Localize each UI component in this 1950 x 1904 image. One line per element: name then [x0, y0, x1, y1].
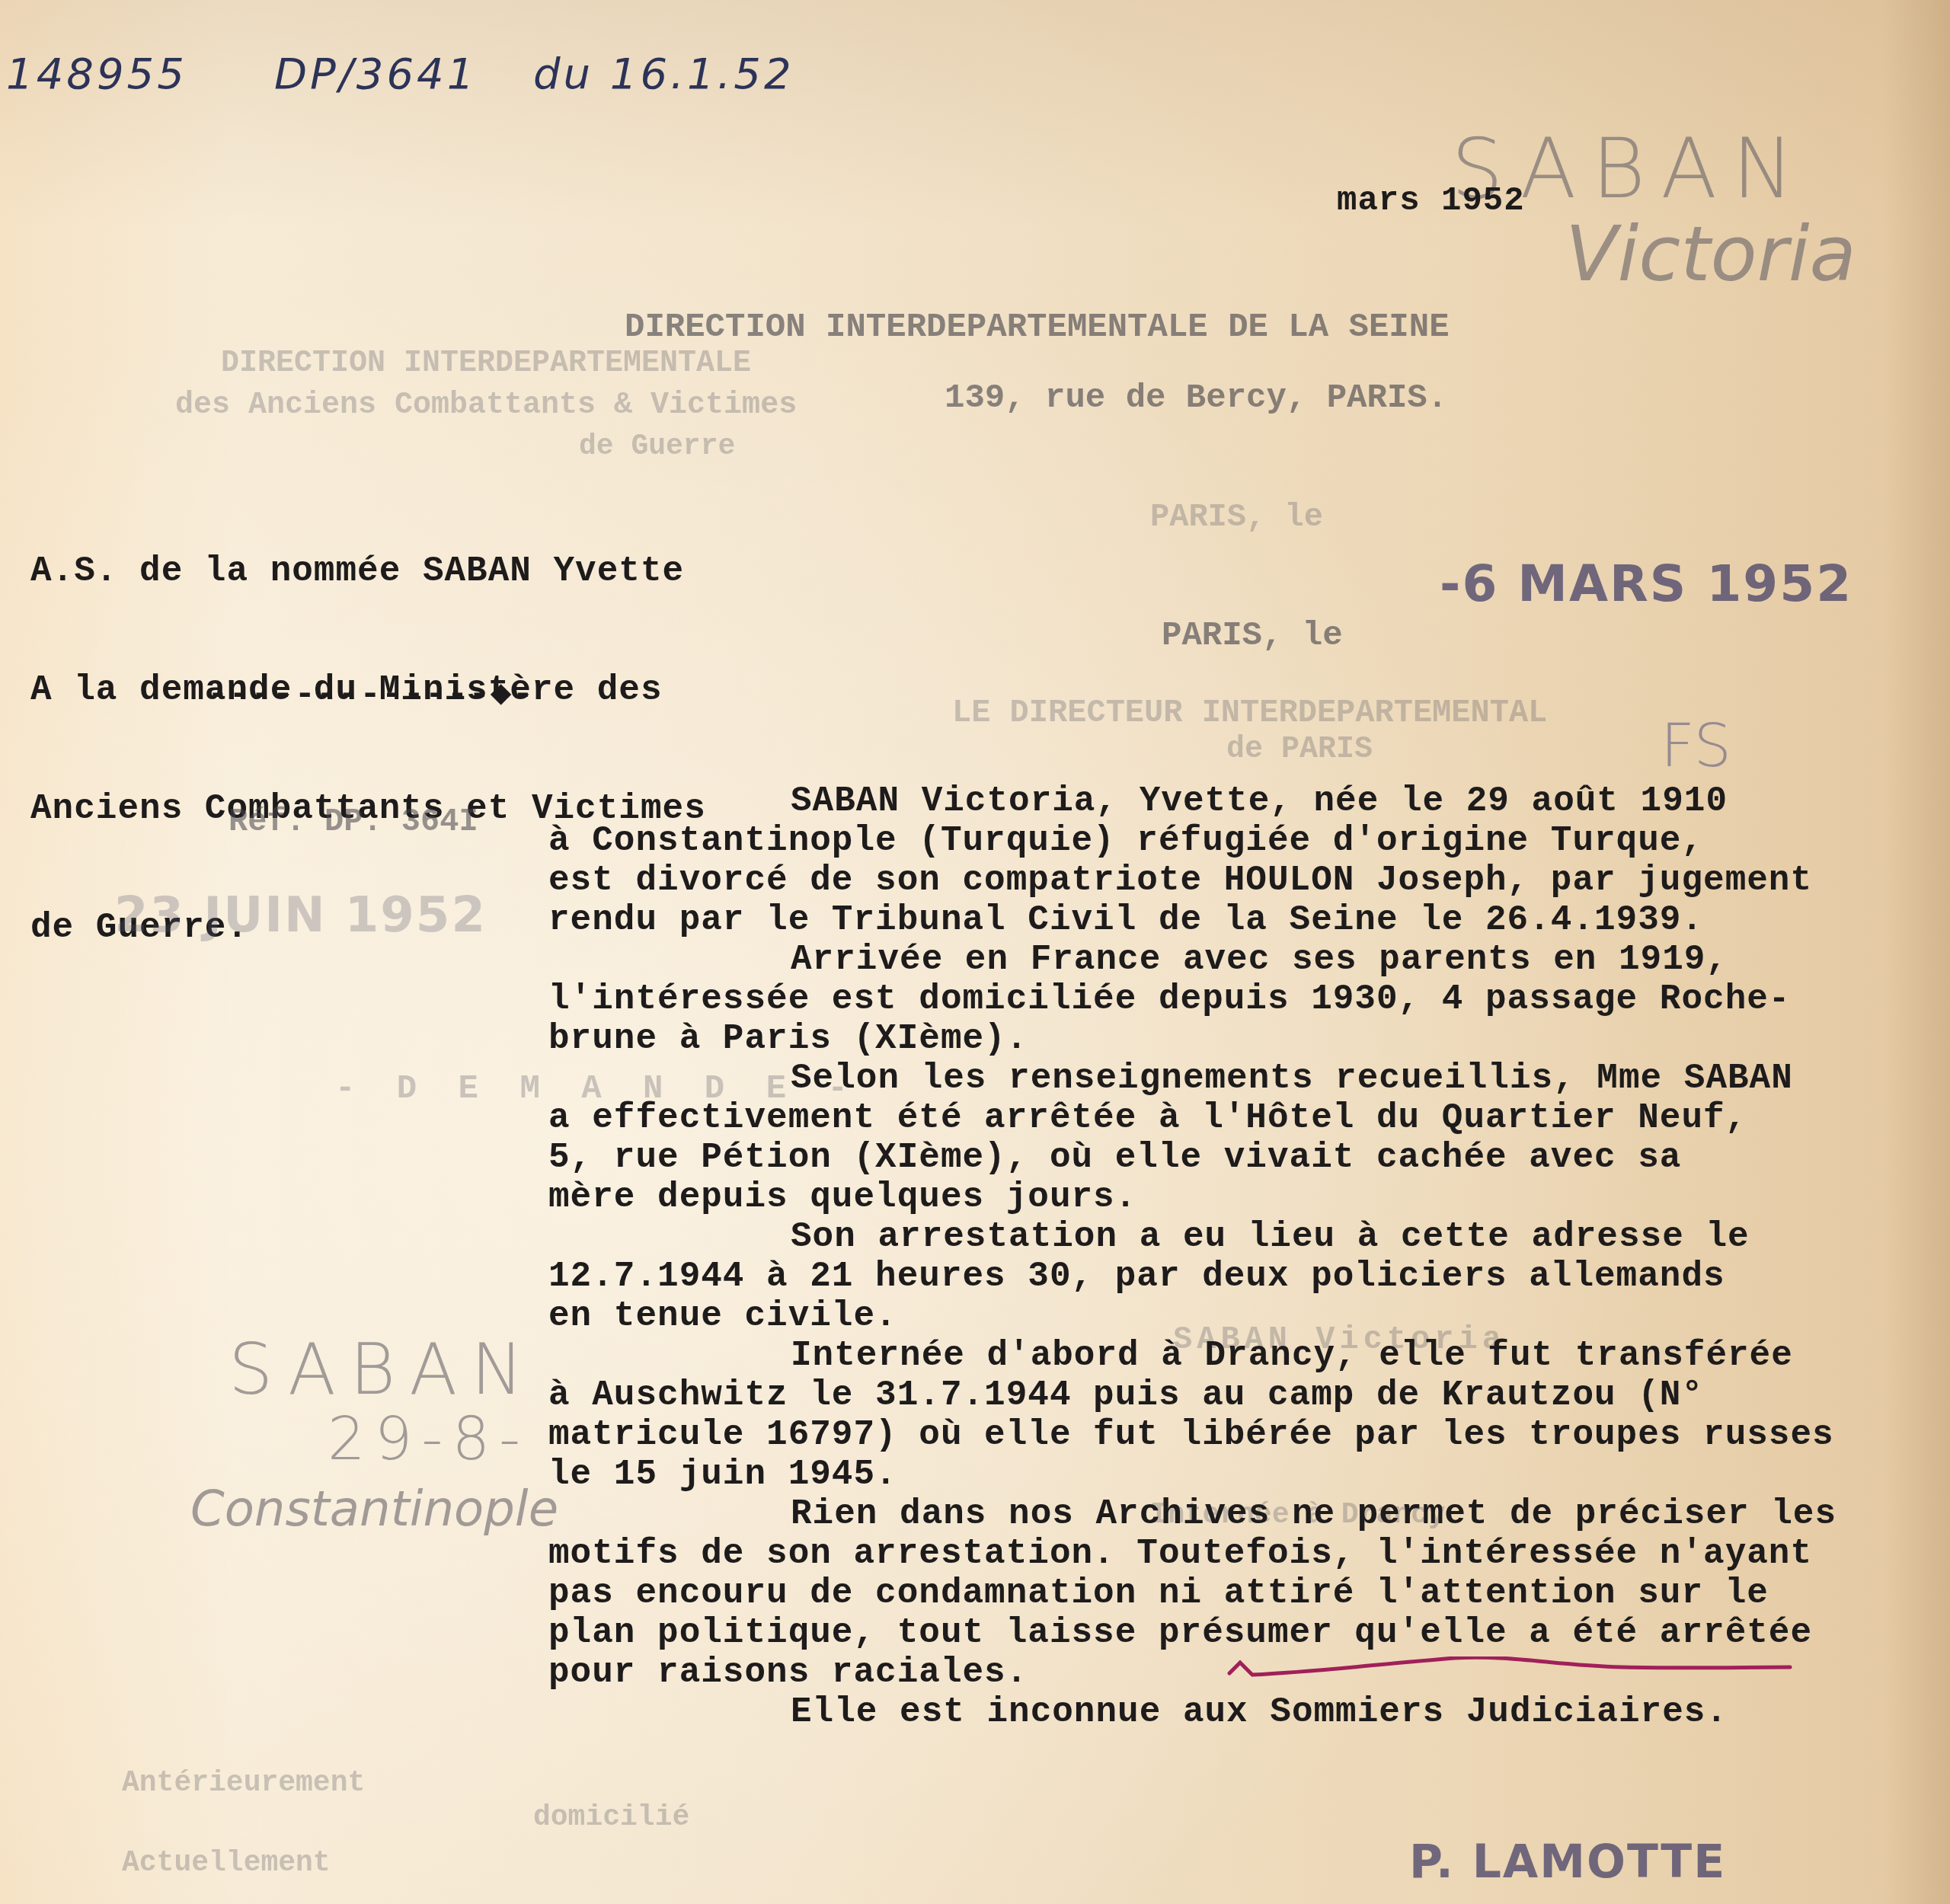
body-line: Selon les renseignements recueillis, Mme… [548, 1059, 1950, 1098]
body-line: Elle est inconnue aux Sommiers Judiciair… [548, 1692, 1950, 1732]
body-line: Internée d'abord à Drancy, elle fut tran… [548, 1336, 1950, 1375]
ghost-director: LE DIRECTEUR INTERDEPARTEMENTAL [952, 695, 1547, 731]
ghost-header-left-3: de Guerre [579, 430, 735, 463]
paragraph-residence: Arrivée en France avec ses parents en 19… [548, 940, 1950, 1059]
handwritten-reference: DP/3641 [274, 50, 477, 99]
letterhead-organization: DIRECTION INTERDEPARTEMENTALE DE LA SEIN… [625, 308, 1450, 347]
body-line: matricule 16797) où elle fut libérée par… [548, 1415, 1950, 1455]
ghost-dob-hand: 29-8- [328, 1405, 529, 1474]
ghost-domicilie: domicilié [533, 1801, 689, 1834]
faint-place: PARIS, le [1150, 499, 1323, 535]
body-line: SABAN Victoria, Yvette, née le 29 août 1… [548, 781, 1950, 821]
body-line: brune à Paris (XIème). [548, 1019, 1950, 1059]
body-line: 5, rue Pétion (XIème), où elle vivait ca… [548, 1138, 1950, 1177]
body-line: a effectivement été arrêtée à l'Hôtel du… [548, 1098, 1950, 1138]
date-line: mars 1952 [1337, 181, 1525, 221]
letter-body: SABAN Victoria, Yvette, née le 29 août 1… [548, 781, 1950, 1732]
subject-line-1: A.S. de la nommée SABAN Yvette [30, 551, 706, 591]
body-line: à Constantinople (Turquie) réfugiée d'or… [548, 821, 1950, 861]
body-line: le 15 juin 1945. [548, 1455, 1950, 1494]
letterhead-address: 139, rue de Bercy, PARIS. [945, 379, 1447, 417]
ghost-header-left-2: des Anciens Combattants & Victimes [175, 388, 797, 423]
paragraph-deportation: Internée d'abord à Drancy, elle fut tran… [548, 1336, 1950, 1494]
reference-faint-stamp: 23 JUIN 1952 [114, 887, 487, 944]
body-line: plan politique, tout laisse présumer qu'… [548, 1613, 1950, 1653]
ghost-actuellement: Actuellement [122, 1847, 331, 1880]
signature-stamp: P. LAMOTTE [1409, 1835, 1726, 1889]
paragraph-judicial: Elle est inconnue aux Sommiers Judiciair… [548, 1692, 1950, 1732]
red-underline-mark [1226, 1656, 1794, 1679]
reference-label: Réf. DP. 364I [229, 803, 478, 840]
ghost-anterieurement: Antérieurement [122, 1767, 365, 1800]
body-line: en tenue civile. [548, 1296, 1950, 1336]
body-line: Son arrestation a eu lieu à cette adress… [548, 1217, 1950, 1257]
place-date-line: PARIS, le [1162, 617, 1343, 655]
paragraph-arrest-details: Son arrestation a eu lieu à cette adress… [548, 1217, 1950, 1336]
body-line: mère depuis quelques jours. [548, 1177, 1950, 1217]
body-line: l'intéressée est domiciliée depuis 1930,… [548, 979, 1950, 1019]
body-line: est divorcé de son compatriote HOULON Jo… [548, 861, 1950, 900]
body-line: pas encouru de condamnation ni attiré l'… [548, 1573, 1950, 1613]
paragraph-arrest-location: Selon les renseignements recueillis, Mme… [548, 1059, 1950, 1217]
ghost-director-2: de PARIS [1226, 733, 1373, 767]
body-line: motifs de son arrestation. Toutefois, l'… [548, 1534, 1950, 1573]
ghost-header-left: DIRECTION INTERDEPARTEMENTALE [221, 347, 751, 381]
handwritten-date-ref: du 16.1.52 [533, 50, 794, 99]
body-line: rendu par le Tribunal Civil de la Seine … [548, 900, 1950, 940]
handwritten-file-number: 148955 [6, 50, 187, 99]
ghost-place-hand: Constantinople [190, 1481, 558, 1538]
paragraph-identity: SABAN Victoria, Yvette, née le 29 août 1… [548, 781, 1950, 940]
body-line: Arrivée en France avec ses parents en 19… [548, 940, 1950, 979]
body-line: 12.7.1944 à 21 heures 30, par deux polic… [548, 1257, 1950, 1296]
ghost-initials: FS [1661, 712, 1731, 781]
body-line: à Auschwitz le 31.7.1944 puis au camp de… [548, 1375, 1950, 1415]
ghost-saban-print: SABAN [229, 1329, 537, 1410]
pencil-first-name: Victoria [1565, 209, 1856, 299]
body-line: Rien dans nos Archives ne permet de préc… [548, 1494, 1950, 1534]
subject-divider: -------------◆- [207, 675, 534, 714]
date-stamp: -6 MARS 1952 [1440, 554, 1852, 613]
